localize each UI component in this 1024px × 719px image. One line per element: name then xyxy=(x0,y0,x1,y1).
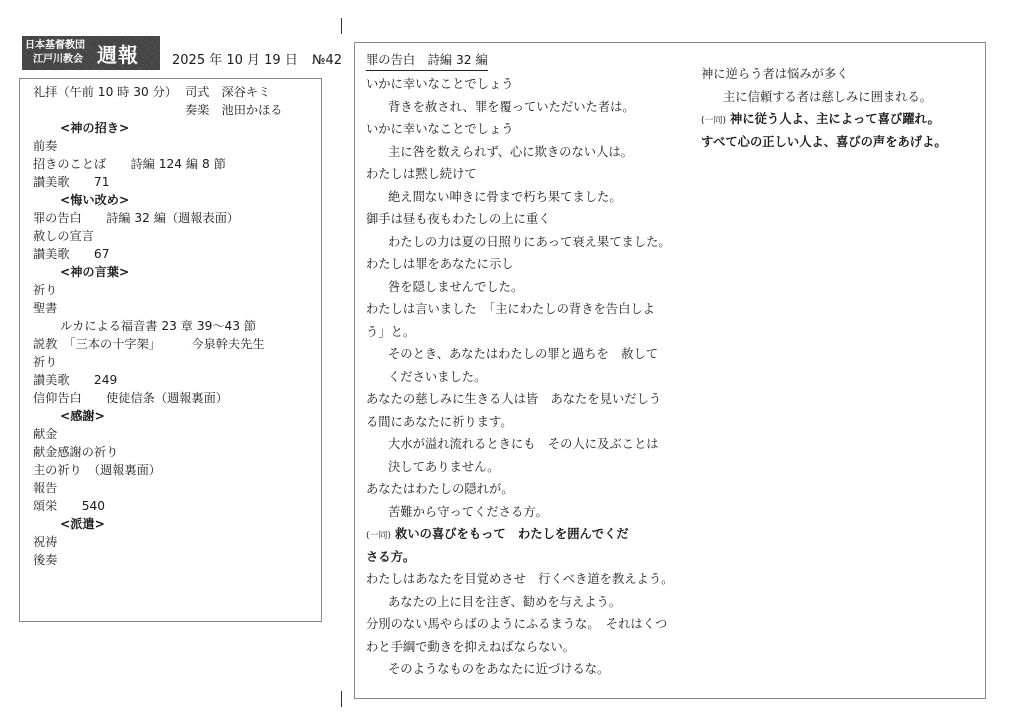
order-item: 頌栄 540 xyxy=(33,497,321,515)
verse-line: 神に逆らう者は悩みが多く xyxy=(701,63,986,86)
order-item-text: <派遣> xyxy=(60,517,105,531)
order-item: 祈り xyxy=(33,353,321,371)
verse-line: わたしの力は夏の日照りにあって衰え果てました。 xyxy=(366,231,686,254)
verse-text: わたしの力は夏の日照りにあって衰え果てました。 xyxy=(388,235,671,249)
order-item-text: 赦しの宣言 xyxy=(33,229,94,243)
verse-text: わたしはあなたを目覚めさせ 行くべき道を教えよう。 xyxy=(366,572,673,586)
verse-text: 咎を隠しませんでした。 xyxy=(388,280,523,294)
verse-line: る間にあなたに祈ります。 xyxy=(366,411,686,434)
confession-panel: 罪の告白 詩編 32 編 いかに幸いなことでしょう背きを赦され、罪を覆っていただ… xyxy=(354,42,986,699)
order-item-text: 讃美歌 71 xyxy=(33,175,109,189)
verse-text: わたしは黙し続けて xyxy=(366,167,477,181)
order-item-text: <悔い改め> xyxy=(60,193,129,207)
verse-text: 背きを赦され、罪を覆っていただいた者は。 xyxy=(388,100,635,114)
verse-text: 分別のない馬やらばのようにふるまうな。 それはくつ xyxy=(366,617,667,631)
verse-text: あなたはわたしの隠れが。 xyxy=(366,482,514,496)
verse-line: 御手は昼も夜もわたしの上に重く xyxy=(366,208,686,231)
section-heading: <神の招き> xyxy=(33,119,321,137)
order-item: 赦しの宣言 xyxy=(33,227,321,245)
order-item: 奏楽 池田かほる xyxy=(33,101,321,119)
order-item: 祝祷 xyxy=(33,533,321,551)
order-item: ルカによる福音書 23 章 39〜43 節 xyxy=(33,317,321,335)
verse-text: 絶え間ない呻きに骨まで朽ち果てました。 xyxy=(388,190,622,204)
order-item: 祈り xyxy=(33,281,321,299)
fold-mark-bottom xyxy=(341,691,342,707)
verse-text: すべて心の正しい人よ、喜びの声をあげよ。 xyxy=(701,135,947,149)
verse-text: 主に信頼する者は慈しみに囲まれる。 xyxy=(723,90,932,104)
verse-text: わたしは罪をあなたに示し xyxy=(366,257,514,271)
role-assignment: 奏楽 池田かほる xyxy=(185,101,283,119)
verse-line: (一同)神に従う人よ、主によって喜び躍れ。 xyxy=(701,108,986,131)
verse-line: あなたの上に目を注ぎ、勧めを与えよう。 xyxy=(366,591,686,614)
verse-text: さる方。 xyxy=(366,550,415,564)
verse-line: 分別のない馬やらばのようにふるまうな。 それはくつ xyxy=(366,613,686,636)
verse-text: 苦難から守ってくださる方。 xyxy=(388,505,548,519)
verse-line: 絶え間ない呻きに骨まで朽ち果てました。 xyxy=(366,186,686,209)
church-name: 日本基督教団 江戸川教会 xyxy=(22,39,97,67)
verse-line: 決してありません。 xyxy=(366,456,686,479)
order-item: 説教 「三本の十字架」 今泉幹夫先生 xyxy=(33,335,321,353)
verse-text: う」と。 xyxy=(366,325,415,339)
order-item-text: 主の祈り （週報裏面） xyxy=(33,463,161,477)
verse-line: いかに幸いなことでしょう xyxy=(366,118,686,141)
order-item: 献金感謝の祈り xyxy=(33,443,321,461)
verse-text: る間にあなたに祈ります。 xyxy=(366,415,513,429)
order-item: 前奏 xyxy=(33,137,321,155)
order-item-text: 報告 xyxy=(33,481,57,495)
verse-text: あなたの上に目を注ぎ、勧めを与えよう。 xyxy=(388,595,621,609)
order-item-text: 礼拝（午前 10 時 30 分） xyxy=(33,83,185,101)
confession-column-b: 神に逆らう者は悩みが多く主に信頼する者は慈しみに囲まれる。(一同)神に従う人よ、… xyxy=(701,63,986,153)
order-item: 信仰告白 使徒信条（週報裏面） xyxy=(33,389,321,407)
order-item: 後奏 xyxy=(33,551,321,569)
order-item-text: 祈り xyxy=(33,355,57,369)
section-heading: <感謝> xyxy=(33,407,321,425)
order-item-text: 招きのことば 詩編 124 編 8 節 xyxy=(33,157,226,171)
order-item-text: 罪の告白 詩編 32 編（週報表面） xyxy=(33,211,239,225)
section-heading: <神の言葉> xyxy=(33,263,321,281)
denomination: 日本基督教団 xyxy=(25,39,97,53)
verse-line: くださいました。 xyxy=(366,366,686,389)
verse-text: あなたの慈しみに生きる人は皆 あなたを見いだしう xyxy=(366,392,661,406)
verse-line: わたしはあなたを目覚めさせ 行くべき道を教えよう。 xyxy=(366,568,686,591)
order-item: 報告 xyxy=(33,479,321,497)
order-item-text: <感謝> xyxy=(60,409,105,423)
verse-line: そのとき、あなたはわたしの罪と過ちを 赦して xyxy=(366,343,686,366)
order-item: 罪の告白 詩編 32 編（週報表面） xyxy=(33,209,321,227)
fold-mark-top xyxy=(341,18,342,34)
order-item-text: ルカによる福音書 23 章 39〜43 節 xyxy=(60,319,256,333)
order-item-text: 祝祷 xyxy=(33,535,57,549)
order-item-text: 信仰告白 使徒信条（週報裏面） xyxy=(33,391,228,405)
verse-line: わたしは罪をあなたに示し xyxy=(366,253,686,276)
order-item-text: <神の言葉> xyxy=(60,265,129,279)
order-item: 献金 xyxy=(33,425,321,443)
order-item: 聖書 xyxy=(33,299,321,317)
order-item: 讃美歌 249 xyxy=(33,371,321,389)
bulletin-title: 週報 xyxy=(97,39,139,68)
verse-line: すべて心の正しい人よ、喜びの声をあげよ。 xyxy=(701,131,986,154)
order-item-text: 讃美歌 67 xyxy=(33,247,109,261)
congregation-name: 江戸川教会 xyxy=(25,53,97,67)
order-item-text: 後奏 xyxy=(33,553,57,567)
verse-text: わと手綱で動きを抑えねばならない。 xyxy=(366,640,575,654)
verse-text: そのとき、あなたはわたしの罪と過ちを 赦して xyxy=(388,347,658,361)
verse-line: 咎を隠しませんでした。 xyxy=(366,276,686,299)
verse-line: わと手綱で動きを抑えねばならない。 xyxy=(366,636,686,659)
order-item: 讃美歌 67 xyxy=(33,245,321,263)
verse-line: わたしは黙し続けて xyxy=(366,163,686,186)
order-item-text: 頌栄 540 xyxy=(33,499,105,513)
verse-line: 主に咎を数えられず、心に欺きのない人は。 xyxy=(366,141,686,164)
issue-number: №42 xyxy=(312,53,342,68)
order-item-text: 聖書 xyxy=(33,301,57,315)
verse-text: 主に咎を数えられず、心に欺きのない人は。 xyxy=(388,145,633,159)
role-assignment: 司式 深谷キミ xyxy=(185,83,270,101)
order-item-text: 讃美歌 249 xyxy=(33,373,117,387)
section-heading: <派遣> xyxy=(33,515,321,533)
order-item: 礼拝（午前 10 時 30 分）司式 深谷キミ xyxy=(33,83,321,101)
verse-line: いかに幸いなことでしょう xyxy=(366,73,686,96)
verse-line: 主に信頼する者は慈しみに囲まれる。 xyxy=(701,86,986,109)
verse-line: 大水が溢れ流れるときにも その人に及ぶことは xyxy=(366,433,686,456)
confession-heading: 罪の告白 詩編 32 編 xyxy=(366,51,488,71)
verse-text: わたしは言いました 「主にわたしの背きを告白しよ xyxy=(366,302,655,316)
congregation-label: (一同) xyxy=(366,531,391,541)
issue-info: 2025 年 10 月 19 日 №42 xyxy=(172,49,344,68)
bulletin-banner: 日本基督教団 江戸川教会 週報 xyxy=(22,36,160,70)
verse-text: そのようなものをあなたに近づけるな。 xyxy=(388,662,609,676)
verse-text: いかに幸いなことでしょう xyxy=(366,122,514,136)
order-item-text: 前奏 xyxy=(33,139,57,153)
verse-line: (一同)救いの喜びをもって わたしを囲んでくだ xyxy=(366,523,686,546)
order-item-text: <神の招き> xyxy=(60,121,129,135)
verse-line: さる方。 xyxy=(366,546,686,569)
verse-line: あなたはわたしの隠れが。 xyxy=(366,478,686,501)
verse-line: 苦難から守ってくださる方。 xyxy=(366,501,686,524)
order-item-text: 献金感謝の祈り xyxy=(33,445,118,459)
verse-text: 救いの喜びをもって わたしを囲んでくだ xyxy=(395,527,629,541)
verse-text: 大水が溢れ流れるときにも その人に及ぶことは xyxy=(388,437,659,451)
verse-line: わたしは言いました 「主にわたしの背きを告白しよ xyxy=(366,298,686,321)
order-item-text: 献金 xyxy=(33,427,57,441)
verse-text: 御手は昼も夜もわたしの上に重く xyxy=(366,212,550,226)
verse-text: 神に従う人よ、主によって喜び躍れ。 xyxy=(730,112,940,126)
congregation-label: (一同) xyxy=(701,116,726,126)
verse-line: 背きを赦され、罪を覆っていただいた者は。 xyxy=(366,96,686,119)
issue-date: 2025 年 10 月 19 日 xyxy=(172,53,298,68)
confession-column-a: 罪の告白 詩編 32 編 いかに幸いなことでしょう背きを赦され、罪を覆っていただ… xyxy=(366,51,686,681)
order-item-text: 祈り xyxy=(33,283,57,297)
verse-text: くださいました。 xyxy=(388,370,486,384)
order-item: 主の祈り （週報裏面） xyxy=(33,461,321,479)
order-of-worship: 礼拝（午前 10 時 30 分）司式 深谷キミ奏楽 池田かほる<神の招き>前奏招… xyxy=(19,78,322,622)
section-heading: <悔い改め> xyxy=(33,191,321,209)
order-item-text: 説教 「三本の十字架」 今泉幹夫先生 xyxy=(33,337,265,351)
order-item: 讃美歌 71 xyxy=(33,173,321,191)
verse-line: そのようなものをあなたに近づけるな。 xyxy=(366,658,686,681)
verse-text: いかに幸いなことでしょう xyxy=(366,77,514,91)
verse-line: う」と。 xyxy=(366,321,686,344)
order-item: 招きのことば 詩編 124 編 8 節 xyxy=(33,155,321,173)
verse-line: あなたの慈しみに生きる人は皆 あなたを見いだしう xyxy=(366,388,686,411)
verse-text: 決してありません。 xyxy=(388,460,499,474)
verse-text: 神に逆らう者は悩みが多く xyxy=(701,67,849,81)
